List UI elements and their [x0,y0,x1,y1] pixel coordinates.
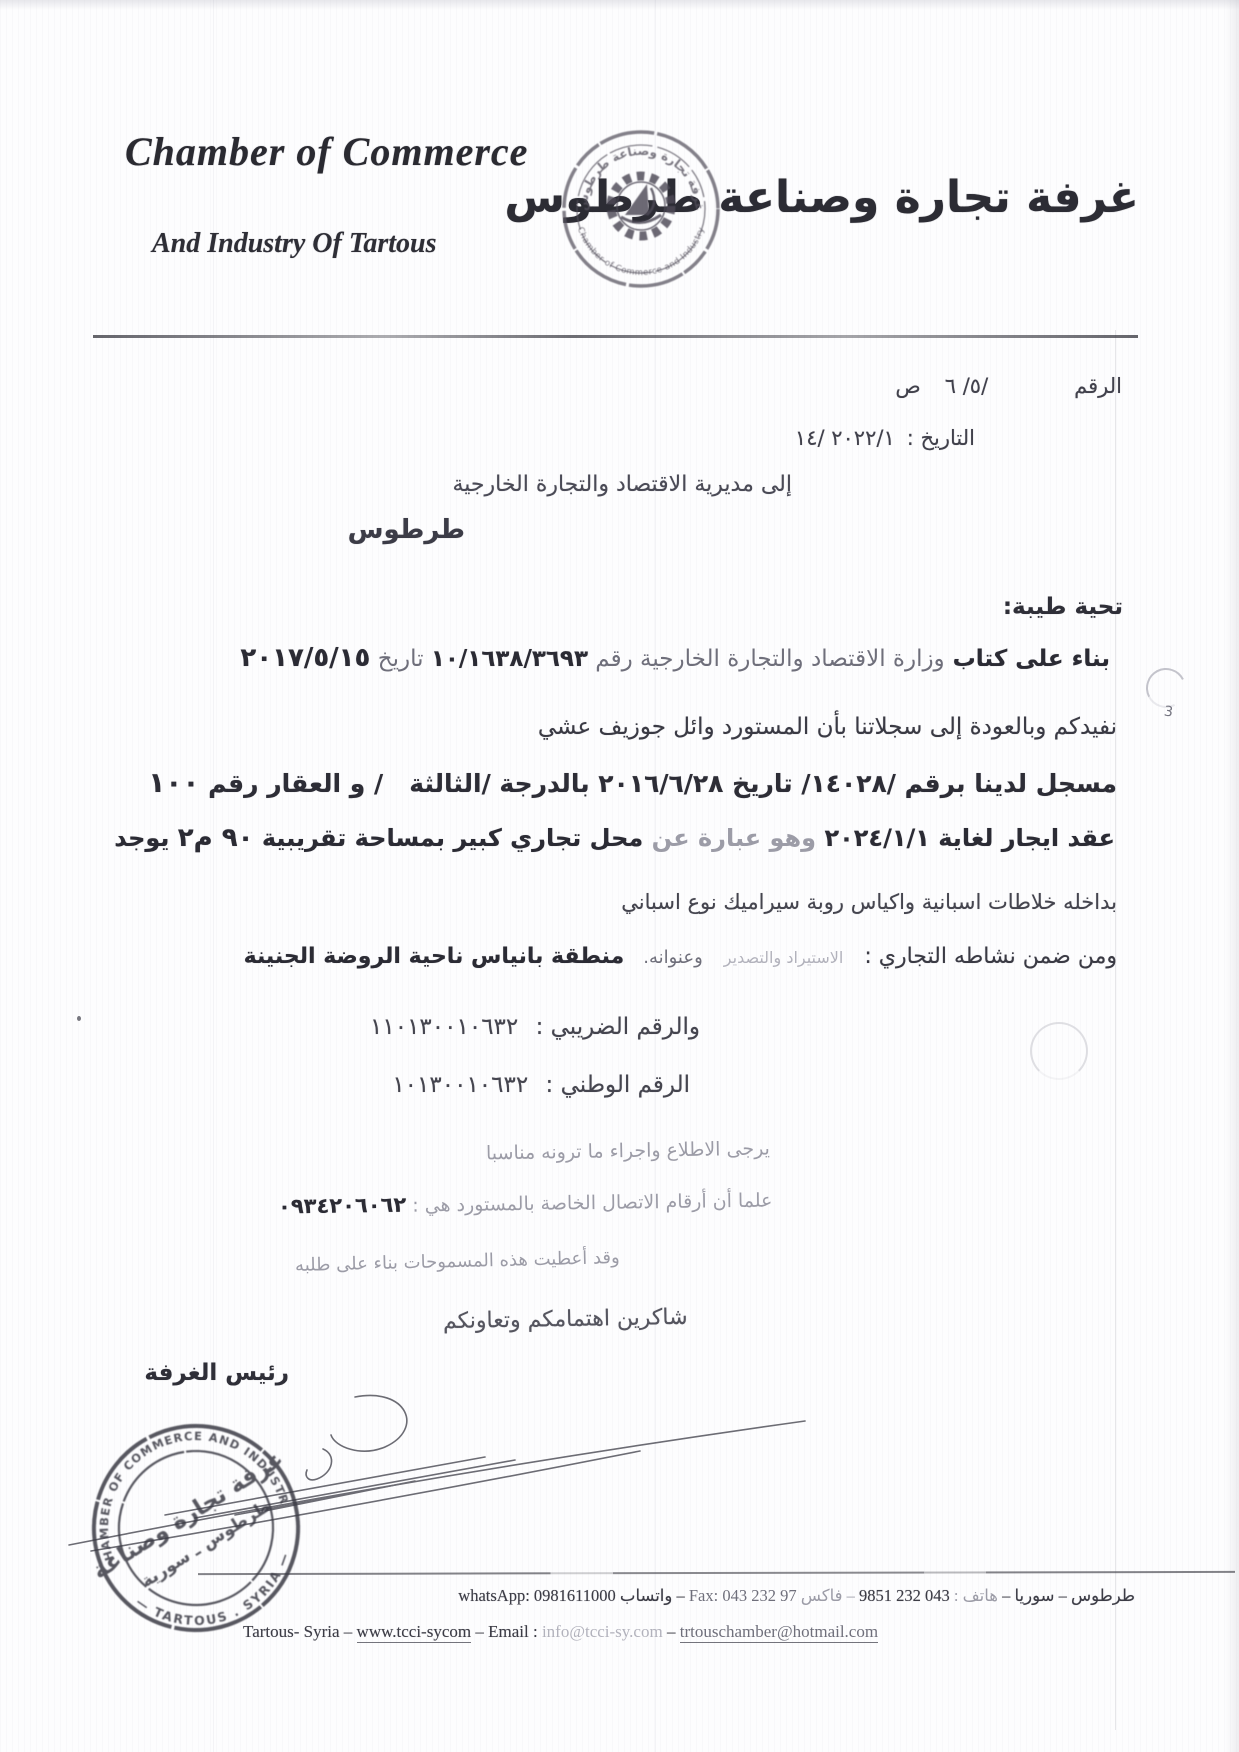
national-number-label: الرقم الوطني : [546,1072,690,1098]
lease-end-date: ٢٠٢٤/١/١ [824,824,929,852]
paragraph-registration: مسجل لدينا برقم /١٤٠٢٨/ تاريخ ٢٠١٦/٦/٢٨ … [148,766,1117,799]
closing-line: شاكرين اهتمامكم وتعاونكم [443,1305,688,1334]
letter-number: ١٠/١٦٣٨/٣٦٩٣ [431,646,588,672]
paragraph-text: وزارة الاقتصاد والتجارة الخارجية رقم [588,646,945,672]
reference-number-line: الرقم ٥/ ٦/ ص [895,374,1122,398]
footer-web-line: Tartous- Syria – www.tcci-sycom – Email … [243,1622,878,1642]
footer-whatsapp-number: whatsApp: 0981611000 [458,1586,616,1605]
tax-number-value: ١١٠١٣٠٠١٠٦٣٢ [370,1014,518,1040]
recipient-city: طرطوس [348,515,465,545]
paragraph-text: علما أن أرقام الاتصال الخاصة بالمستورد ه… [406,1190,772,1217]
chamber-round-stamp: CHAMBER OF COMMERCE AND INDUSTRY — TARTO… [80,1412,312,1644]
importer-phone-number: ٠٩٣٤٢٠٦٠٦٢ [277,1193,406,1219]
stamp-outer-ring [80,1412,312,1644]
footer-whatsapp-label: – واتساب [616,1586,689,1605]
paragraph-importer: نفيدكم وبالعودة إلى سجلاتنا بأن المستورد… [538,714,1117,740]
paragraph-text: ومن ضمن نشاطه التجاري : [864,944,1117,969]
date-line: التاريخ : ٢٠٢٢/١ /١٤ [795,426,975,450]
signatory-name: مازن أ [1,0,1239,67]
reference-number-suffix: ص [895,374,920,398]
registration-number: ١٤٠٢٨ [810,769,886,798]
punch-hole-ghost [1030,1022,1088,1080]
org-name-english-line1: Chamber of Commerce [125,128,528,175]
paragraph-text: وعنوانه. [643,947,703,968]
footer-fax-label: – فاكس [797,1586,859,1605]
recipient-line: إلى مديرية الاقتصاد والتجارة الخارجية [452,472,792,497]
footer-website-link: www.tcci-sycom [357,1622,472,1643]
stamp-arc-top-text: CHAMBER OF COMMERCE AND INDUSTRY [80,1412,292,1563]
paragraph-contact: علما أن أرقام الاتصال الخاصة بالمستورد ه… [277,1188,772,1219]
paragraph-text: بناء على كتاب [945,646,1110,672]
paragraph-text: محل تجاري كبير بمساحة تقريبية [254,824,644,852]
paragraph-text: مسجل لدينا برقم / [887,769,1117,798]
scanned-letter-page: 3 Chamber of Commerce And Industry Of Ta… [0,0,1239,1752]
shop-area: ٩٠ م٢ [178,823,254,853]
letter-date: ٢٠١٧/٥/١٥ [240,643,370,673]
national-number-line: الرقم الوطني : ١٠١٣٠٠١٠٦٣٢ [392,1072,690,1098]
reference-number-value: ٥/ ٦/ [945,374,988,398]
footer-phone-label: هاتف : [950,1586,998,1605]
paragraph-text: / تاريخ [723,769,810,798]
footer-email-primary: info@tcci-sy.com [542,1622,663,1641]
footer-city: طرطوس – سوريا – [998,1586,1135,1605]
footer-email-secondary: trtouschamber@hotmail.com [680,1622,878,1643]
scan-right-edge-shadow [1225,0,1239,1752]
footer-fax-number: Fax: 043 232 97 [689,1586,797,1605]
paragraph-review-request: يرجى الاطلاع واجراء ما ترونه مناسبا [486,1138,770,1165]
registration-date: ٢٠١٦/٦/٢٨ [598,769,723,798]
footer-divider-line [198,1571,1235,1575]
paragraph-basis: بناء على كتاب وزارة الاقتصاد والتجارة ال… [240,643,1110,673]
activity-faint-text: الاستيراد والتصدير [724,948,844,967]
paragraph-lease: عقد ايجار لغاية ٢٠٢٤/١/١ وهو عبارة عن مح… [114,823,1115,853]
paragraph-text: عقد ايجار لغاية [930,824,1115,852]
reference-number-label: الرقم [1074,374,1122,398]
date-value: ٢٠٢٢/١ /١٤ [795,426,895,450]
paragraph-text: / و العقار رقم [199,769,383,798]
ship-gear-icon [611,176,671,236]
date-label: التاريخ : [907,426,975,450]
paragraph-text: يوجد [114,824,178,852]
svg-text:CHAMBER OF COMMERCE AND INDUST: CHAMBER OF COMMERCE AND INDUSTRY [80,1412,292,1563]
paragraph-text: وهو عبارة عن [643,824,824,852]
national-number-value: ١٠١٣٠٠١٠٦٣٢ [392,1072,528,1098]
paragraph-permits: وقد أعطيت هذه المسموحات بناء على طلبه [295,1247,620,1276]
footer-separator: – [663,1622,680,1641]
signatory-title: رئيس الغرفة [144,1360,289,1386]
footer-phone-number: 043 232 9851 [859,1586,950,1605]
footer-email-label: – Email : [471,1622,542,1641]
address-text: منطقة بانياس ناحية الروضة الجنينة [244,944,625,969]
paragraph-activity: ومن ضمن نشاطه التجاري : الاستيراد والتصد… [244,944,1117,969]
tax-number-line: والرقم الضريبي : ١١٠١٣٠٠١٠٦٣٢ [370,1014,700,1040]
scan-corner-mark: 3 [1163,703,1174,720]
tax-number-label: والرقم الضريبي : [536,1014,700,1040]
signature-loop [331,1395,407,1451]
chamber-logo-stamp: غرفة تجارة وصناعة طرطوس Chamber of Comme… [558,126,724,292]
paragraph-contents: بداخله خلاطات اسبانية واكياس روبة سيرامي… [621,890,1117,914]
property-number: ١٠٠ [148,766,199,799]
paper-fold-line [1115,330,1116,1730]
greeting: تحية طيبة: [1003,594,1123,620]
paragraph-text: بالدرجة /الثالثة [383,769,598,798]
paragraph-text: تاريخ [370,646,430,672]
scan-speck-dot [77,1016,81,1021]
footer-contact-line: طرطوس – سوريا – هاتف : 043 232 9851 – فا… [458,1586,1135,1606]
org-name-english-line2: And Industry Of Tartous [152,228,437,260]
header-divider-line [93,335,1138,338]
